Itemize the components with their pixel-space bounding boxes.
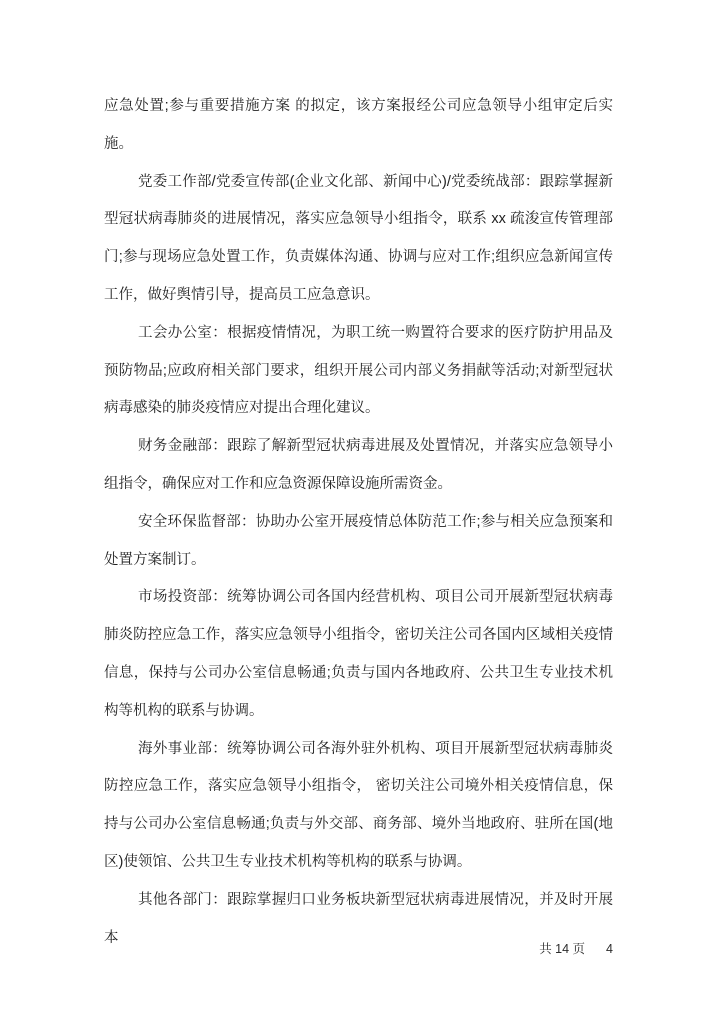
document-line: 其他各部门：跟踪掌握归口业务板块新型冠状病毒进展情况，并及时开展本 (104, 882, 613, 920)
document-line: 门;参与现场应急处置工作，负责媒体沟通、协调与应对工作;组织应急新闻宣传 (104, 239, 613, 277)
document-line: 信息，保持与公司办公室信息畅通;负责与国内各地政府、公共卫生专业技术机 (104, 655, 613, 693)
document-page: 应急处置;参与重要措施方案 的拟定，该方案报经公司应急领导小组审定后实 施。 党… (0, 0, 720, 1020)
document-line: 病毒感染的肺炎疫情应对提出合理化建议。 (104, 390, 613, 428)
document-body: 应急处置;参与重要措施方案 的拟定，该方案报经公司应急领导小组审定后实 施。 党… (104, 88, 613, 920)
total-pages-label: 共 14 页 (539, 941, 585, 958)
document-line: 预防物品;应政府相关部门要求，组织开展公司内部义务捐献等活动;对新型冠状 (104, 353, 613, 391)
page-footer: 共 14 页 4 (539, 941, 613, 958)
document-line: 区)使领馆、公共卫生专业技术机构等机构的联系与协调。 (104, 844, 613, 882)
document-line: 防控应急工作，落实应急领导小组指令， 密切关注公司境外相关疫情信息，保 (104, 768, 613, 806)
document-line: 处置方案制订。 (104, 542, 613, 580)
document-line: 财务金融部：跟踪了解新型冠状病毒进展及处置情况，并落实应急领导小 (104, 428, 613, 466)
document-line: 肺炎防控应急工作，落实应急领导小组指令，密切关注公司各国内区域相关疫情 (104, 617, 613, 655)
document-line: 型冠状病毒肺炎的进展情况，落实应急领导小组指令，联系 xx 疏浚宣传管理部 (104, 201, 613, 239)
document-line: 组指令，确保应对工作和应急资源保障设施所需资金。 (104, 466, 613, 504)
document-line: 构等机构的联系与协调。 (104, 693, 613, 731)
document-line: 市场投资部：统筹协调公司各国内经营机构、项目公司开展新型冠状病毒 (104, 579, 613, 617)
document-line: 持与公司办公室信息畅通;负责与外交部、商务部、境外当地政府、驻所在国(地 (104, 806, 613, 844)
document-line: 党委工作部/党委宣传部(企业文化部、新闻中心)/党委统战部：跟踪掌握新 (104, 164, 613, 202)
document-line: 施。 (104, 126, 613, 164)
document-line: 工会办公室：根据疫情情况，为职工统一购置符合要求的医疗防护用品及 (104, 315, 613, 353)
page-number: 4 (606, 941, 613, 958)
document-line: 工作，做好舆情引导，提高员工应急意识。 (104, 277, 613, 315)
document-line: 安全环保监督部：协助办公室开展疫情总体防范工作;参与相关应急预案和 (104, 504, 613, 542)
document-line: 海外事业部：统筹协调公司各海外驻外机构、项目开展新型冠状病毒肺炎 (104, 731, 613, 769)
document-line: 应急处置;参与重要措施方案 的拟定，该方案报经公司应急领导小组审定后实 (104, 88, 613, 126)
